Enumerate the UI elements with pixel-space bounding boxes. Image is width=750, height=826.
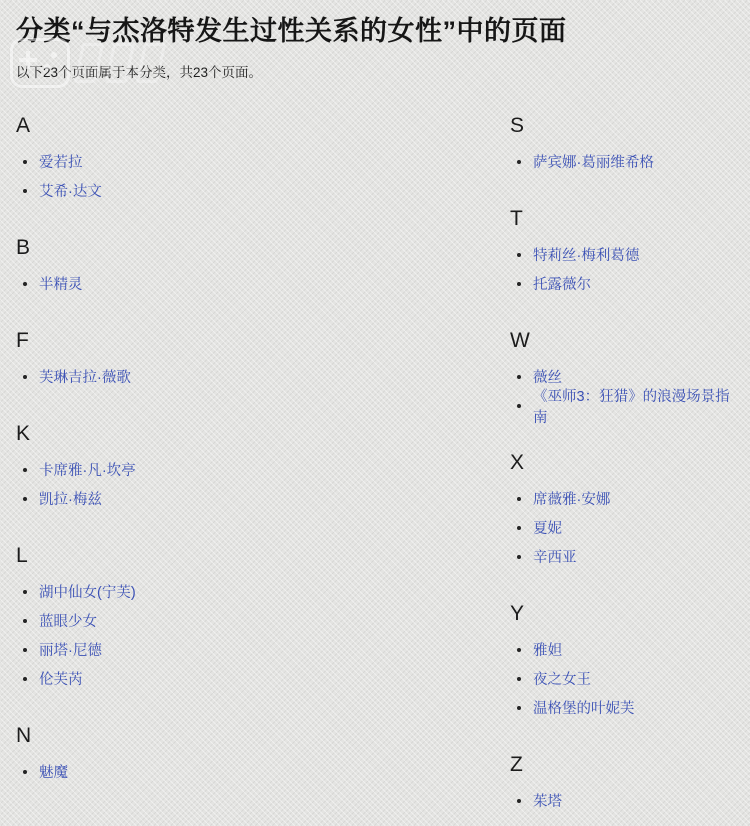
page-link[interactable]: 特莉丝·梅利葛德 (533, 244, 639, 265)
list-item: 夜之女王 (510, 664, 736, 693)
page-list: 卡席雅·凡·坎亭 凯拉·梅兹 (16, 455, 510, 513)
index-letter-heading: T (510, 208, 736, 230)
page-link[interactable]: 艾希·达文 (39, 180, 102, 201)
list-item: 蓝眼少女 (16, 606, 510, 635)
page-link[interactable]: 托露薇尔 (533, 273, 591, 294)
index-letter-heading: F (16, 330, 510, 352)
bullet-icon (23, 497, 27, 501)
list-item: 茱塔 (510, 786, 736, 815)
list-item: 卡席雅·凡·坎亭 (16, 455, 510, 484)
page-list: 芙琳吉拉·薇歌 (16, 362, 510, 391)
bullet-icon (23, 619, 27, 623)
page-list: 爱若拉 艾希·达文 (16, 147, 510, 205)
list-item: 《巫师3：狂猎》的浪漫场景指南 (510, 391, 736, 420)
page-link[interactable]: 夜之女王 (533, 668, 591, 689)
list-item: 芙琳吉拉·薇歌 (16, 362, 510, 391)
page-link[interactable]: 丽塔·尼德 (39, 639, 102, 660)
category-column-right: S 萨宾娜·葛丽维希格 T 特莉丝·梅利葛德 托露薇尔 W 薇丝 《巫师3：狂猎… (510, 115, 736, 815)
bullet-icon (517, 799, 521, 803)
list-item: 半精灵 (16, 269, 510, 298)
bullet-icon (23, 468, 27, 472)
page-list: 特莉丝·梅利葛德 托露薇尔 (510, 240, 736, 298)
page-list: 半精灵 (16, 269, 510, 298)
bullet-icon (23, 375, 27, 379)
index-letter-heading: B (16, 237, 510, 259)
index-letter-heading: X (510, 452, 736, 474)
page-list: 湖中仙女(宁芙) 蓝眼少女 丽塔·尼德 伦芙芮 (16, 577, 510, 693)
page-link[interactable]: 温格堡的叶妮芙 (533, 697, 635, 718)
category-column-left: A 爱若拉 艾希·达文 B 半精灵 F 芙琳吉拉·薇歌 K 卡席雅·凡·坎亭 凯… (16, 115, 510, 815)
bullet-icon (23, 648, 27, 652)
page-link[interactable]: 席薇雅·安娜 (533, 488, 610, 509)
category-summary: 以下23个页面属于本分类，共23个页面。 (16, 64, 736, 81)
category-columns: A 爱若拉 艾希·达文 B 半精灵 F 芙琳吉拉·薇歌 K 卡席雅·凡·坎亭 凯… (16, 115, 736, 815)
page-link[interactable]: 茱塔 (533, 790, 562, 811)
page-list: 薇丝 《巫师3：狂猎》的浪漫场景指南 (510, 362, 736, 420)
index-letter-heading: L (16, 545, 510, 567)
list-item: 湖中仙女(宁芙) (16, 577, 510, 606)
page-title: 分类“与杰洛特发生过性关系的女性”中的页面 (16, 14, 736, 48)
page-link[interactable]: 半精灵 (39, 273, 83, 294)
list-item: 萨宾娜·葛丽维希格 (510, 147, 736, 176)
index-letter-heading: S (510, 115, 736, 137)
page-link[interactable]: 魅魔 (39, 761, 68, 782)
page-link[interactable]: 湖中仙女(宁芙) (39, 581, 136, 602)
page-link[interactable]: 辛西亚 (533, 546, 577, 567)
page-link[interactable]: 《巫师3：狂猎》的浪漫场景指南 (533, 385, 736, 427)
bullet-icon (517, 677, 521, 681)
list-item: 爱若拉 (16, 147, 510, 176)
list-item: 凯拉·梅兹 (16, 484, 510, 513)
page-link[interactable]: 伦芙芮 (39, 668, 83, 689)
page-list: 萨宾娜·葛丽维希格 (510, 147, 736, 176)
list-item: 夏妮 (510, 513, 736, 542)
bullet-icon (517, 404, 521, 408)
bullet-icon (23, 282, 27, 286)
index-letter-heading: Z (510, 754, 736, 776)
index-letter-heading: N (16, 725, 510, 747)
list-item: 托露薇尔 (510, 269, 736, 298)
list-item: 丽塔·尼德 (16, 635, 510, 664)
bullet-icon (517, 375, 521, 379)
page-link[interactable]: 萨宾娜·葛丽维希格 (533, 151, 654, 172)
bullet-icon (517, 253, 521, 257)
page-link[interactable]: 雅妲 (533, 639, 562, 660)
page-link[interactable]: 夏妮 (533, 517, 562, 538)
index-letter-heading: Y (510, 603, 736, 625)
bullet-icon (517, 282, 521, 286)
bullet-icon (517, 648, 521, 652)
list-item: 伦芙芮 (16, 664, 510, 693)
bullet-icon (23, 770, 27, 774)
list-item: 魅魔 (16, 757, 510, 786)
list-item: 特莉丝·梅利葛德 (510, 240, 736, 269)
bullet-icon (23, 160, 27, 164)
category-page: 分类“与杰洛特发生过性关系的女性”中的页面 以下23个页面属于本分类，共23个页… (0, 0, 750, 815)
page-link[interactable]: 卡席雅·凡·坎亭 (39, 459, 136, 480)
page-list: 雅妲 夜之女王 温格堡的叶妮芙 (510, 635, 736, 722)
page-list: 魅魔 (16, 757, 510, 786)
bullet-icon (23, 189, 27, 193)
list-item: 席薇雅·安娜 (510, 484, 736, 513)
page-link[interactable]: 凯拉·梅兹 (39, 488, 102, 509)
bullet-icon (517, 497, 521, 501)
list-item: 辛西亚 (510, 542, 736, 571)
list-item: 艾希·达文 (16, 176, 510, 205)
list-item: 雅妲 (510, 635, 736, 664)
list-item: 温格堡的叶妮芙 (510, 693, 736, 722)
index-letter-heading: K (16, 423, 510, 445)
page-link[interactable]: 爱若拉 (39, 151, 83, 172)
bullet-icon (517, 160, 521, 164)
page-list: 席薇雅·安娜 夏妮 辛西亚 (510, 484, 736, 571)
bullet-icon (517, 555, 521, 559)
index-letter-heading: A (16, 115, 510, 137)
page-list: 茱塔 (510, 786, 736, 815)
bullet-icon (23, 677, 27, 681)
bullet-icon (517, 526, 521, 530)
index-letter-heading: W (510, 330, 736, 352)
page-link[interactable]: 芙琳吉拉·薇歌 (39, 366, 131, 387)
bullet-icon (23, 590, 27, 594)
bullet-icon (517, 706, 521, 710)
page-link[interactable]: 蓝眼少女 (39, 610, 97, 631)
